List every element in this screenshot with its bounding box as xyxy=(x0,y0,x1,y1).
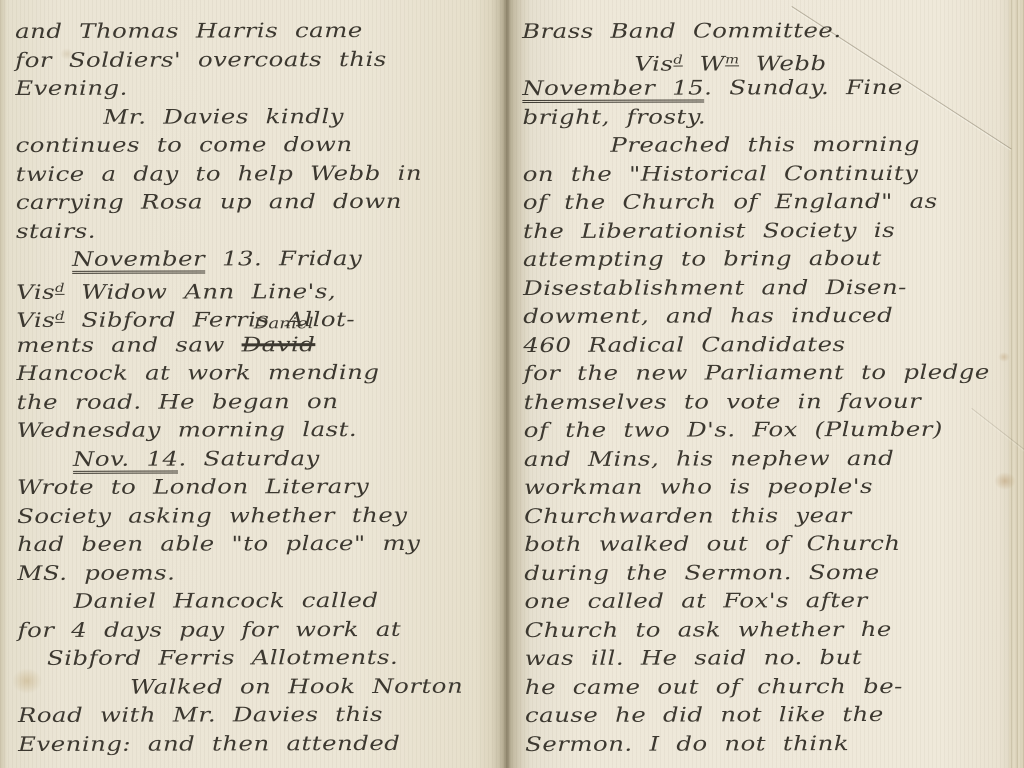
superscript-abbreviation: d xyxy=(55,309,64,323)
manuscript-text: both walked out of Church xyxy=(524,531,900,556)
manuscript-line: Brass Band Committee. xyxy=(522,16,1022,46)
corrected-word: DavidDaniel xyxy=(242,330,316,359)
inserted-word: Daniel xyxy=(254,316,314,331)
manuscript-text: Vis xyxy=(634,51,673,75)
manuscript-line: Nov. 14. Saturday xyxy=(17,443,508,473)
manuscript-text: Sermon. I do not think xyxy=(525,731,849,756)
manuscript-text: had been able "to place" my xyxy=(17,531,420,556)
manuscript-text: Hancock at work mending xyxy=(16,360,379,385)
manuscript-line: Visd Wm Webb xyxy=(522,44,1022,74)
manuscript-line: Churchwarden this year xyxy=(524,500,1024,530)
manuscript-text: stairs. xyxy=(16,218,96,242)
manuscript-text: Vis xyxy=(16,279,55,303)
manuscript-text: ments and saw xyxy=(16,332,241,357)
manuscript-line: attempting to bring about xyxy=(523,244,1023,274)
manuscript-line: Society asking whether they xyxy=(17,500,508,530)
manuscript-line: Hancock at work mending xyxy=(16,358,507,388)
underlined-date: November 15 xyxy=(522,75,704,103)
manuscript-text: Preached this morning xyxy=(610,132,920,157)
manuscript-text: during the Sermon. Some xyxy=(524,559,879,584)
manuscript-text: the Liberationist Society is xyxy=(523,217,895,242)
manuscript-text: was ill. He said no. but xyxy=(525,645,863,670)
manuscript-line: Evening: and then attended xyxy=(18,728,509,758)
manuscript-text: . Sunday. Fine xyxy=(704,75,903,100)
manuscript-text: 13. Friday xyxy=(205,246,362,270)
manuscript-line: during the Sermon. Some xyxy=(524,557,1024,587)
manuscript-line: Preached this morning xyxy=(522,130,1022,160)
manuscript-text: Churchwarden this year xyxy=(524,503,852,528)
manuscript-text: for the new Parliament to pledge xyxy=(523,360,989,385)
manuscript-text: he came out of church be- xyxy=(525,673,903,698)
manuscript-line: of the Church of England" as xyxy=(523,187,1023,217)
manuscript-line: on the "Historical Continuity xyxy=(523,158,1023,188)
underlined-date: November xyxy=(72,246,205,273)
manuscript-line: Daniel Hancock called xyxy=(17,586,508,616)
manuscript-text: Webb xyxy=(739,51,827,75)
manuscript-text: for Soldiers' overcoats this xyxy=(15,46,387,71)
manuscript-line: and Thomas Harris came xyxy=(15,16,506,46)
manuscript-line: workman who is people's xyxy=(524,472,1024,502)
manuscript-line: Evening. xyxy=(15,73,506,103)
manuscript-line: had been able "to place" my xyxy=(17,529,508,559)
manuscript-line: Walked on Hook Norton xyxy=(18,671,509,701)
superscript-abbreviation: d xyxy=(673,52,682,66)
manuscript-text: Wednesday morning last. xyxy=(17,417,357,442)
manuscript-text: W xyxy=(683,51,725,75)
right-page-text: Brass Band Committee.Visd Wm WebbNovembe… xyxy=(522,16,1024,758)
manuscript-line: the Liberationist Society is xyxy=(523,215,1023,245)
manuscript-text: continues to come down xyxy=(15,132,352,157)
manuscript-line: carrying Rosa up and down xyxy=(16,187,507,217)
manuscript-line: he came out of church be- xyxy=(525,671,1024,701)
struck-word: David xyxy=(242,332,316,356)
manuscript-text: and Thomas Harris came xyxy=(15,18,363,43)
manuscript-text: carrying Rosa up and down xyxy=(16,189,402,214)
manuscript-line: themselves to vote in favour xyxy=(524,386,1024,416)
manuscript-text: cause he did not like the xyxy=(525,702,884,727)
manuscript-text: Brass Band Committee. xyxy=(522,18,842,43)
manuscript-text: themselves to vote in favour xyxy=(524,388,922,413)
manuscript-text: Daniel Hancock called xyxy=(74,588,379,613)
manuscript-text: Vis xyxy=(16,308,55,332)
manuscript-text: bright, frosty. xyxy=(522,104,706,129)
manuscript-text: and Mins, his nephew and xyxy=(524,445,894,470)
manuscript-line: Disestablishment and Disen- xyxy=(523,272,1023,302)
manuscript-line: November 15. Sunday. Fine xyxy=(522,73,1022,103)
manuscript-line: of the two D's. Fox (Plumber) xyxy=(524,415,1024,445)
manuscript-text: MS. poems. xyxy=(17,560,175,584)
manuscript-line: bright, frosty. xyxy=(522,101,1022,131)
diary-scan: and Thomas Harris camefor Soldiers' over… xyxy=(0,0,1024,768)
manuscript-line: Church to ask whether he xyxy=(525,614,1024,644)
manuscript-text: workman who is people's xyxy=(524,474,873,499)
manuscript-line: Visd Widow Ann Line's, xyxy=(16,272,507,302)
manuscript-text: Evening: and then attended xyxy=(18,730,400,755)
manuscript-line: for 4 days pay for work at xyxy=(18,614,509,644)
superscript-abbreviation: d xyxy=(55,280,64,294)
manuscript-text: attempting to bring about xyxy=(523,246,882,271)
manuscript-text: Road with Mr. Davies this xyxy=(18,702,383,727)
manuscript-line: both walked out of Church xyxy=(524,529,1024,559)
manuscript-line: dowment, and has induced xyxy=(523,301,1023,331)
manuscript-line: for the new Parliament to pledge xyxy=(523,358,1023,388)
manuscript-text: Sibford Ferris Allotments. xyxy=(47,645,398,670)
manuscript-text: Disestablishment and Disen- xyxy=(523,274,907,299)
manuscript-text: twice a day to help Webb in xyxy=(16,160,423,185)
manuscript-text: of the two D's. Fox (Plumber) xyxy=(524,417,943,442)
manuscript-line: Wednesday morning last. xyxy=(17,415,508,445)
manuscript-text: the road. He began on xyxy=(17,389,339,414)
manuscript-line: continues to come down xyxy=(15,130,506,160)
manuscript-line: twice a day to help Webb in xyxy=(16,158,507,188)
manuscript-text: one called at Fox's after xyxy=(524,588,867,613)
manuscript-line: Wrote to London Literary xyxy=(17,472,508,502)
manuscript-text: Mr. Davies kindly xyxy=(103,104,344,129)
left-page-text: and Thomas Harris camefor Soldiers' over… xyxy=(15,16,509,758)
manuscript-line: MS. poems. xyxy=(17,557,508,587)
manuscript-line: Sibford Ferris Allotments. xyxy=(18,643,509,673)
manuscript-line: 460 Radical Candidates xyxy=(523,329,1023,359)
superscript-abbreviation: m xyxy=(725,52,739,66)
manuscript-text: Wrote to London Literary xyxy=(17,474,369,499)
manuscript-text: Widow Ann Line's, xyxy=(64,279,336,304)
manuscript-line: and Mins, his nephew and xyxy=(524,443,1024,473)
manuscript-text: dowment, and has induced xyxy=(523,303,893,328)
manuscript-line: Road with Mr. Davies this xyxy=(18,700,509,730)
manuscript-text: . Saturday xyxy=(178,446,319,470)
manuscript-line: was ill. He said no. but xyxy=(525,643,1024,673)
manuscript-line: Mr. Davies kindly xyxy=(15,101,506,131)
manuscript-line: Sermon. I do not think xyxy=(525,728,1024,758)
manuscript-line: November 13. Friday xyxy=(16,244,507,274)
manuscript-text: for 4 days pay for work at xyxy=(18,616,402,641)
manuscript-text: Evening. xyxy=(15,76,128,100)
manuscript-text: of the Church of England" as xyxy=(523,189,938,214)
manuscript-text: on the "Historical Continuity xyxy=(523,160,919,185)
manuscript-text: Church to ask whether he xyxy=(525,616,892,641)
manuscript-text: Society asking whether they xyxy=(17,502,407,527)
manuscript-line: one called at Fox's after xyxy=(524,586,1024,616)
manuscript-text: 460 Radical Candidates xyxy=(523,332,845,357)
manuscript-text: Walked on Hook Norton xyxy=(130,673,463,698)
manuscript-line: stairs. xyxy=(16,215,507,245)
manuscript-line: for Soldiers' overcoats this xyxy=(15,44,506,74)
manuscript-line: the road. He began on xyxy=(17,386,508,416)
manuscript-line: cause he did not like the xyxy=(525,700,1024,730)
underlined-date: Nov. 14 xyxy=(73,446,179,473)
manuscript-line: ments and saw DavidDaniel xyxy=(16,329,507,359)
